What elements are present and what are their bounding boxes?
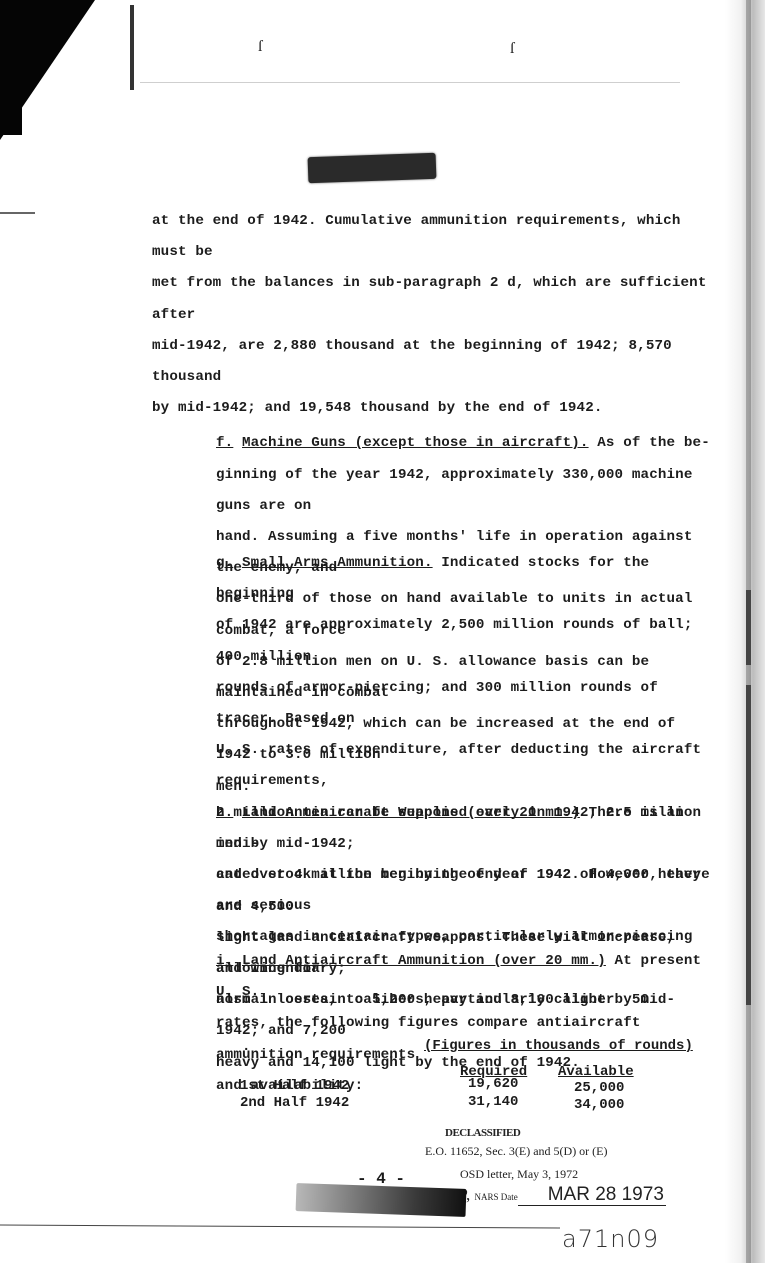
margin-mark: [0, 212, 35, 214]
declassification-authority: E.O. 11652, Sec. 3(E) and 5(D) or (E): [425, 1144, 608, 1159]
paragraph-letter: g.: [216, 555, 233, 571]
redaction-stamp-bottom: [296, 1183, 467, 1217]
available-value: 25,000: [574, 1080, 624, 1096]
binding-mark: [130, 5, 134, 90]
declassification-letter: OSD letter, May 3, 1972: [460, 1167, 578, 1182]
paragraph-letter: f.: [216, 435, 233, 451]
paragraph-heading: Land Antiaircraft Ammunition (over 20 mm…: [242, 953, 606, 969]
scan-edge-right: [725, 0, 765, 1263]
required-value: 31,140: [468, 1094, 518, 1110]
row-label: 2nd Half 1942: [240, 1095, 349, 1111]
corner-mark: ſ: [510, 40, 514, 58]
table-caption: (Figures in thousands of rounds): [424, 1038, 693, 1054]
declassified-label: DECLASSIFIED: [445, 1127, 520, 1139]
stray-mark: ·: [242, 1042, 250, 1058]
row-label: 1st Half 1942: [240, 1078, 349, 1094]
redaction-stamp-top: [308, 153, 437, 183]
paragraph-heading: Land Antiaircraft Weapons (over 20 mm.): [242, 805, 580, 821]
handwritten-note: a71n09: [562, 1225, 659, 1253]
paragraph-heading: Machine Guns (except those in aircraft).: [242, 435, 589, 451]
paragraph-continuation: at the end of 1942. Cumulative ammunitio…: [152, 206, 712, 424]
corner-mark: ſ: [258, 38, 262, 56]
table-row: 1st Half 1942 19,620 25,000: [238, 1078, 678, 1095]
paragraph-letter: i.: [216, 953, 233, 969]
declassification-date: MAR 28 1973: [518, 1184, 666, 1206]
bottom-rule: [0, 1225, 560, 1229]
scan-shadow-edge: [0, 0, 22, 135]
required-value: 19,620: [468, 1076, 518, 1092]
table-row: 2nd Half 1942 31,140 34,000: [238, 1095, 678, 1112]
page-fold-line: [140, 82, 680, 83]
paragraph-letter: h.: [216, 805, 233, 821]
available-value: 34,000: [574, 1097, 624, 1113]
paragraph-heading: Small Arms Ammunition.: [242, 555, 433, 571]
